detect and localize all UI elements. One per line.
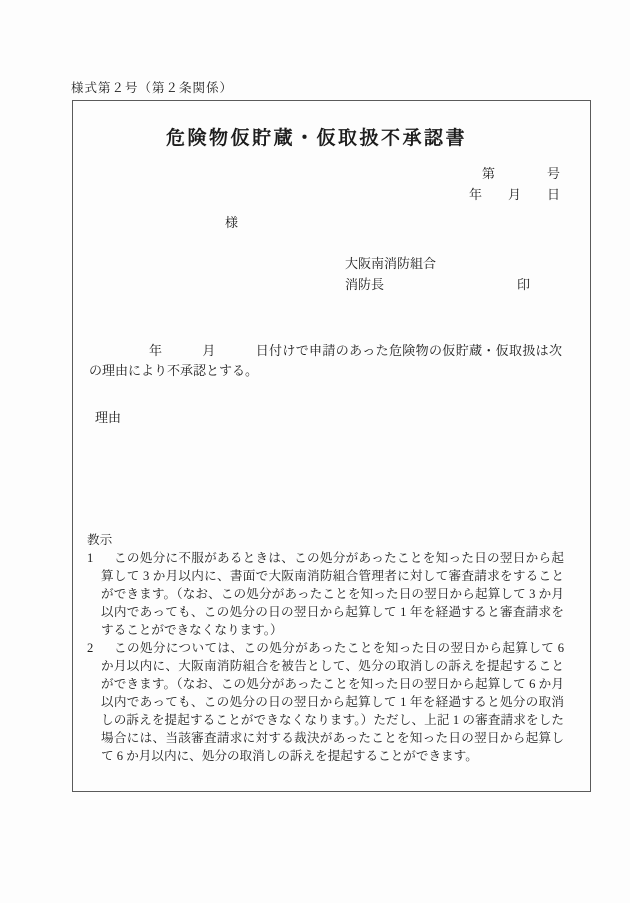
notice-item: 2 この処分については、この処分があったことを知った日の翌日から起算して 6 か…	[85, 639, 564, 765]
notice-heading: 教示	[87, 531, 564, 549]
document-title: 危険物仮貯蔵・仮取扱不承認書	[73, 123, 560, 150]
appeal-notice-section: 教示 1 この処分に不服があるときは、この処分があったことを知った日の翌日から起…	[85, 531, 564, 765]
addressee-honorific: 様	[225, 212, 238, 231]
seal-placeholder: 印	[517, 274, 530, 295]
notice-item-number: 1	[87, 549, 93, 567]
issue-date-line: 年 月 日	[469, 184, 560, 205]
notice-item-text: この処分に不服があるときは、この処分があったことを知った日の翌日から起算して 3…	[101, 549, 564, 639]
form-number-label: 様式第２号（第２条関係）	[71, 78, 233, 96]
issuer-title-seal-row: 消防長 印	[345, 274, 530, 295]
decision-body-text: 年 月 日付けで申請のあった危険物の仮貯蔵・仮取扱は次の理由により不承認とする。	[89, 341, 562, 381]
issuer-title: 消防長	[345, 274, 384, 295]
number-date-block: 第 号 年 月 日	[469, 163, 560, 205]
notice-item-text: この処分については、この処分があったことを知った日の翌日から起算して 6 か月以…	[101, 639, 564, 765]
issuer-block: 大阪南消防組合 消防長 印	[345, 253, 530, 295]
notice-item: 1 この処分に不服があるときは、この処分があったことを知った日の翌日から起算して…	[85, 549, 564, 639]
issuer-organization: 大阪南消防組合	[345, 253, 530, 274]
document-frame: 危険物仮貯蔵・仮取扱不承認書 第 号 年 月 日 様 大阪南消防組合 消防長 印…	[72, 100, 591, 792]
notice-item-number: 2	[87, 639, 93, 657]
document-page: 様式第２号（第２条関係） 危険物仮貯蔵・仮取扱不承認書 第 号 年 月 日 様 …	[0, 0, 630, 903]
notice-item-list: 1 この処分に不服があるときは、この処分があったことを知った日の翌日から起算して…	[85, 549, 564, 765]
reason-label: 理由	[95, 407, 121, 426]
document-number-line: 第 号	[469, 163, 560, 184]
